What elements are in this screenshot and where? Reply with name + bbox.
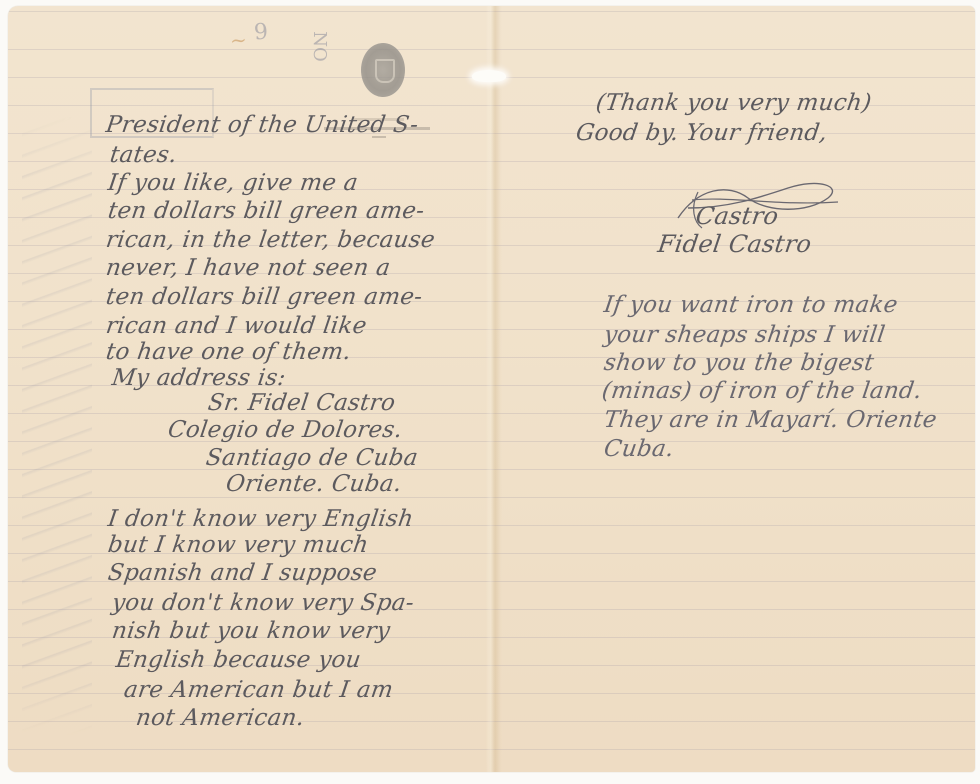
postscript-line-4: (minas) of iron of the land.	[600, 380, 923, 403]
left-line-20: English because you	[114, 649, 362, 672]
left-line-3: If you like, give me a	[106, 172, 359, 195]
closing-thanks: (Thank you very much)	[594, 92, 873, 115]
left-line-19: nish but you know very	[110, 620, 391, 643]
left-line-17: Spanish and I suppose	[106, 562, 378, 585]
postscript-line-3: show to you the bigest	[602, 352, 875, 375]
postscript-line-6: Cuba.	[602, 438, 675, 461]
left-line-7: ten dollars bill green ame-	[104, 286, 423, 309]
crest-emblem-icon	[361, 43, 405, 97]
left-line-10: My address is:	[110, 367, 287, 390]
postmark-number: 9	[253, 20, 269, 46]
left-line-21: are American but I am	[122, 679, 394, 702]
left-line-6: never, I have not seen a	[104, 257, 391, 280]
postscript-line-1: If you want iron to make	[602, 294, 899, 317]
bleed-through-writing	[22, 116, 92, 736]
center-fold	[486, 6, 500, 772]
postscript-line-2: your sheaps ships I will	[602, 324, 886, 347]
closing-goodbye: Good by. Your friend,	[574, 122, 828, 145]
address-name: Sr. Fidel Castro	[206, 392, 396, 415]
left-line-18: you don't know very Spa-	[110, 592, 415, 615]
left-line-8: rican and I would like	[104, 315, 368, 338]
address-city: Santiago de Cuba	[204, 447, 419, 470]
pencil-annotation: ~	[229, 27, 247, 52]
left-line-16: but I know very much	[106, 534, 370, 557]
left-line-5: rican, in the letter, because	[104, 229, 436, 252]
left-line-4: ten dollars bill green ame-	[106, 200, 425, 223]
postmark-text: NO	[309, 31, 330, 62]
address-province: Oriente. Cuba.	[224, 473, 403, 496]
left-line-2: tates.	[108, 144, 178, 167]
left-line-1: President of the United S-	[104, 114, 419, 137]
address-school: Colegio de Dolores.	[166, 419, 403, 442]
left-line-22: not American.	[134, 707, 305, 730]
letter-paper: ~ 9 NO President of the United S- tates.…	[8, 6, 975, 772]
paper-tear-mark	[472, 70, 506, 82]
signature: Castro	[694, 204, 780, 228]
postscript-line-5: They are in Mayarí. Oriente	[602, 409, 938, 432]
left-line-9: to have one of them.	[104, 341, 352, 364]
signature-name: Fidel Castro	[656, 232, 813, 256]
left-line-15: I don't know very English	[106, 508, 415, 531]
